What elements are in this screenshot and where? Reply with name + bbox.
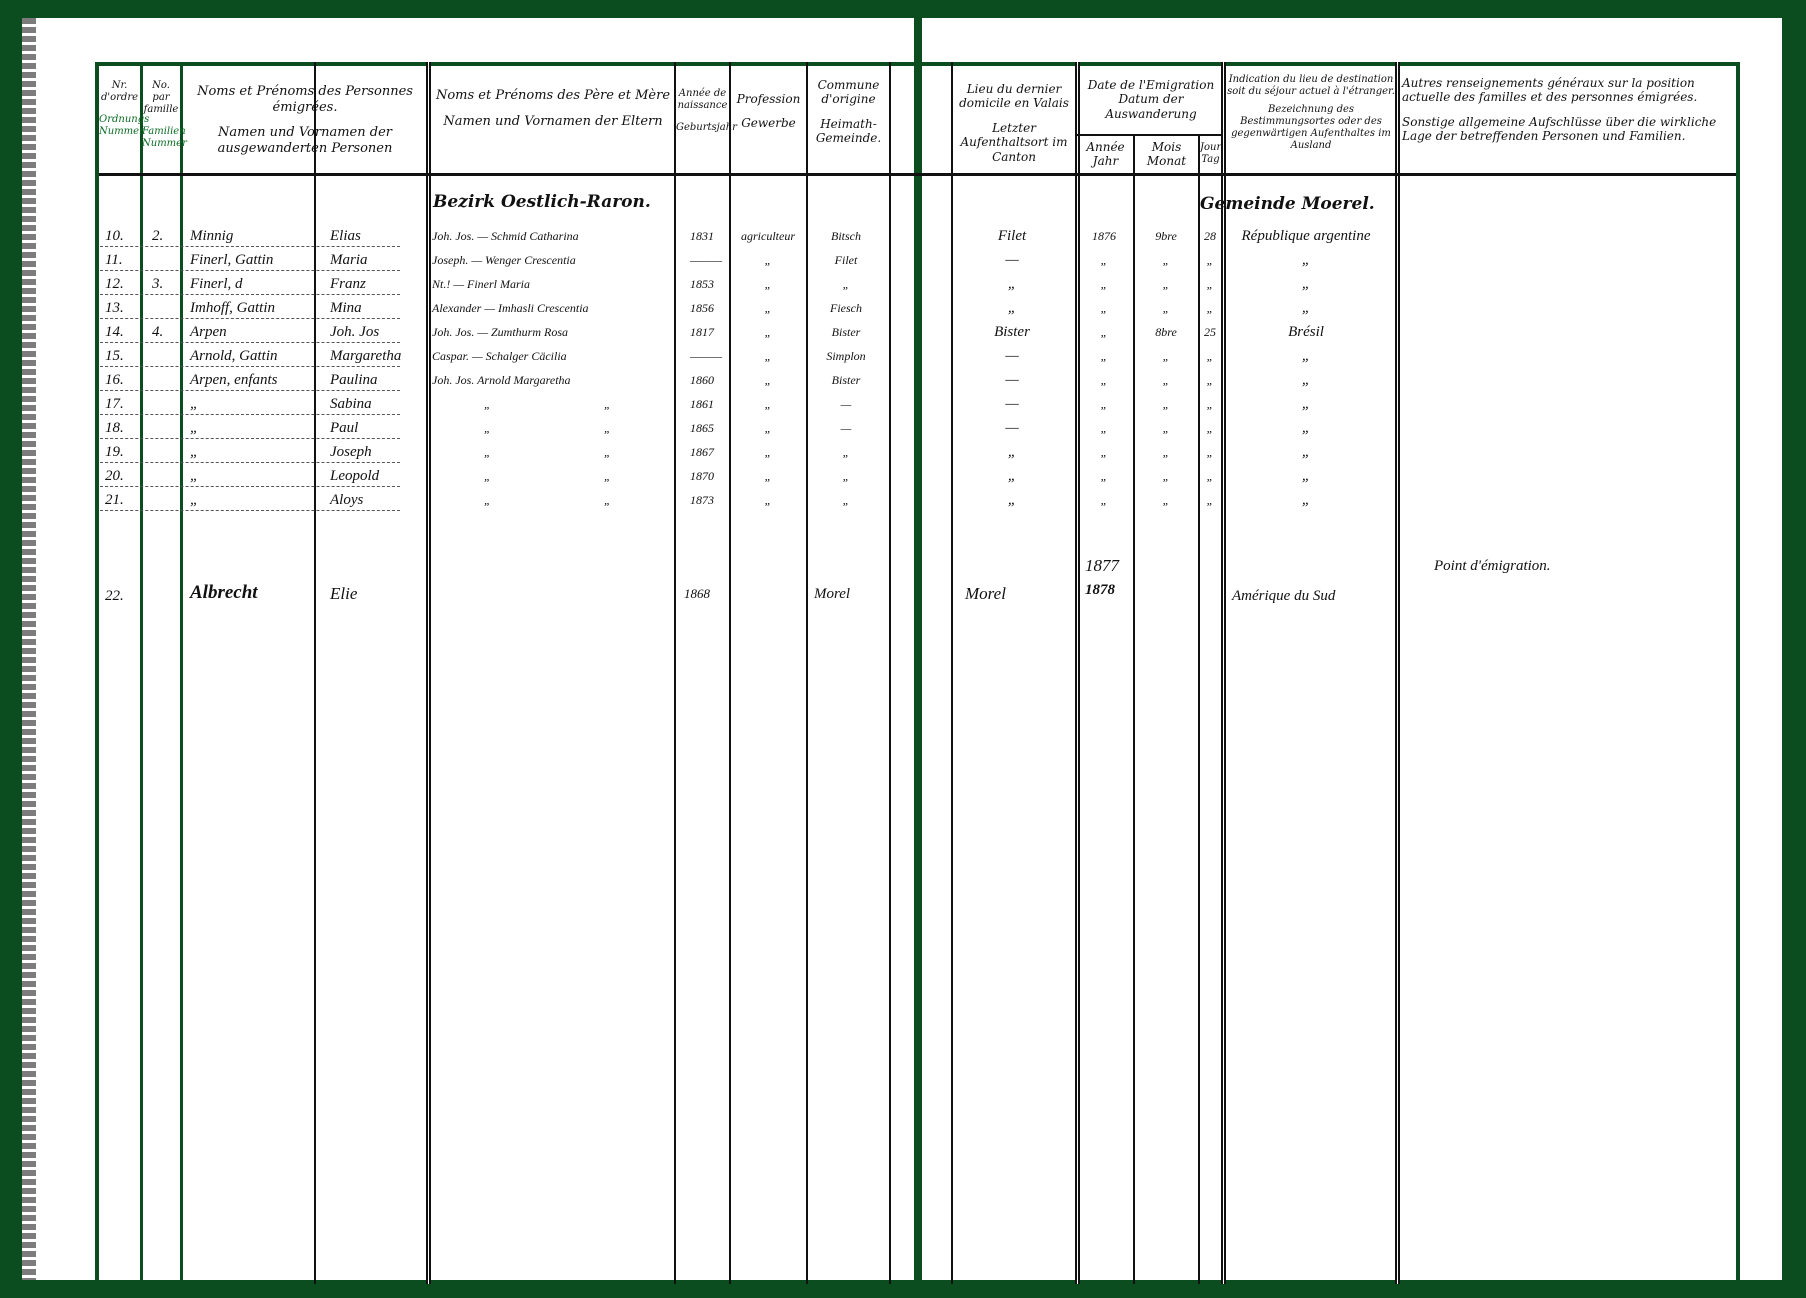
header-commune-origine: Commune d'origine Heimath-Gemeinde. bbox=[808, 78, 889, 146]
row-nr: 13. bbox=[105, 298, 124, 318]
row-given: Joseph bbox=[330, 442, 372, 462]
row-given: Margaretha bbox=[330, 346, 401, 366]
row-birth: 1867 bbox=[690, 442, 714, 462]
row-surname: Finerl, d bbox=[190, 274, 243, 294]
row-month: „ bbox=[1163, 466, 1170, 486]
row-year: „ bbox=[1101, 250, 1108, 270]
header-nr-famille: No. par famille Familien Nummer bbox=[142, 80, 180, 150]
row-day: „ bbox=[1207, 418, 1214, 438]
row-given: Sabina bbox=[330, 394, 372, 414]
row-surname: „ bbox=[190, 442, 198, 462]
row-month: „ bbox=[1163, 442, 1170, 462]
row-parents: Alexander — Imhasli Crescentia bbox=[432, 298, 589, 318]
row-given: Maria bbox=[330, 250, 368, 270]
row-parents: Caspar. — Schalger Cäcilia bbox=[432, 346, 567, 366]
row-profession: agriculteur bbox=[741, 226, 795, 246]
row-origin: — bbox=[841, 394, 852, 414]
row-month: „ bbox=[1163, 490, 1170, 510]
row-parents-right: „ bbox=[604, 394, 611, 414]
row-parents: Joh. Jos. Arnold Margaretha bbox=[432, 370, 571, 390]
row-day: „ bbox=[1207, 394, 1214, 414]
row-nr: 10. bbox=[105, 226, 124, 246]
row-month: „ bbox=[1163, 298, 1170, 318]
row-surname: Imhoff, Gattin bbox=[190, 298, 275, 318]
row-birth: ——— bbox=[690, 346, 722, 366]
row-birth: 1860 bbox=[690, 370, 714, 390]
row-given: Leopold bbox=[330, 466, 379, 486]
row-profession: „ bbox=[765, 250, 772, 270]
row-year: „ bbox=[1101, 298, 1108, 318]
row-year: „ bbox=[1101, 394, 1108, 414]
row-origin: „ bbox=[843, 442, 850, 462]
row-nr: 12. bbox=[105, 274, 124, 294]
row-origin: „ bbox=[843, 274, 850, 294]
row-day: „ bbox=[1207, 442, 1214, 462]
header-remarks: Autres renseignements généraux sur la po… bbox=[1402, 76, 1732, 144]
commune-title: Gemeinde Moerel. bbox=[1200, 194, 1375, 214]
row-nr: 14. bbox=[105, 322, 124, 342]
header-names-parents: Noms et Prénoms des Père et Mère Namen u… bbox=[432, 88, 674, 129]
row-month: „ bbox=[1163, 346, 1170, 366]
row-destination: „ bbox=[1302, 250, 1310, 270]
row22-remarks: Point d'émigration. bbox=[1434, 556, 1551, 576]
row-destination: „ bbox=[1302, 274, 1310, 294]
page-edge-shadow bbox=[22, 18, 36, 1280]
row-domicile: Bister bbox=[994, 322, 1030, 342]
row-destination: „ bbox=[1302, 442, 1310, 462]
row-day: „ bbox=[1207, 490, 1214, 510]
header-emigration-date: Date de l'Emigration Datum der Auswander… bbox=[1080, 78, 1222, 121]
row-origin: Bitsch bbox=[831, 226, 861, 246]
row-rule bbox=[100, 318, 400, 319]
col-divider-blank bbox=[889, 62, 891, 1284]
row22-origin: Morel bbox=[814, 584, 850, 604]
row-month: „ bbox=[1163, 274, 1170, 294]
row-origin: „ bbox=[843, 466, 850, 486]
header-year: Année Jahr bbox=[1078, 140, 1133, 169]
row-given: Franz bbox=[330, 274, 366, 294]
row-profession: „ bbox=[765, 370, 772, 390]
row-origin: Bister bbox=[832, 370, 861, 390]
row-profession: „ bbox=[765, 442, 772, 462]
row-origin: Fiesch bbox=[830, 298, 862, 318]
col-divider-birth bbox=[674, 62, 676, 1284]
row-surname: „ bbox=[190, 394, 198, 414]
row-given: Elias bbox=[330, 226, 361, 246]
header-nr-ordre: Nr. d'ordre Ordnungs Nummer bbox=[99, 80, 140, 138]
row-surname: Minnig bbox=[190, 226, 233, 246]
row22-given: Elie bbox=[330, 584, 357, 604]
row-destination: „ bbox=[1302, 466, 1310, 486]
row-domicile: Filet bbox=[998, 226, 1026, 246]
row-given: Aloys bbox=[330, 490, 363, 510]
header-month: Mois Monat bbox=[1135, 140, 1198, 169]
row-profession: „ bbox=[765, 274, 772, 294]
row-month: „ bbox=[1163, 418, 1170, 438]
row-birth: ——— bbox=[690, 250, 722, 270]
row-destination: Brésil bbox=[1288, 322, 1324, 342]
row-domicile: „ bbox=[1008, 298, 1016, 318]
row-domicile: „ bbox=[1008, 466, 1016, 486]
row-origin: Simplon bbox=[826, 346, 865, 366]
row-domicile: „ bbox=[1008, 442, 1016, 462]
row-destination: „ bbox=[1302, 346, 1310, 366]
row22-nr: 22. bbox=[105, 586, 124, 606]
book-fold bbox=[914, 18, 922, 1280]
row-destination: „ bbox=[1302, 418, 1310, 438]
date-subheader-rule bbox=[1077, 134, 1221, 136]
row-destination: „ bbox=[1302, 370, 1310, 390]
row-rule bbox=[100, 486, 400, 487]
row-profession: „ bbox=[765, 298, 772, 318]
district-title: Bezirk Oestlich-Raron. bbox=[433, 192, 651, 212]
row-year: „ bbox=[1101, 274, 1108, 294]
row-domicile: — bbox=[1005, 418, 1018, 438]
row-rule bbox=[100, 462, 400, 463]
row-nr: 11. bbox=[105, 250, 123, 270]
row-surname: „ bbox=[190, 490, 198, 510]
row-year: „ bbox=[1101, 418, 1108, 438]
header-bottom-rule bbox=[99, 173, 1736, 176]
row-year: 1876 bbox=[1092, 226, 1116, 246]
row-destination: „ bbox=[1302, 490, 1310, 510]
row-surname: Arpen bbox=[190, 322, 227, 342]
row-month: 9bre bbox=[1155, 226, 1177, 246]
row-fam: 3. bbox=[152, 274, 163, 294]
row-day: „ bbox=[1207, 346, 1214, 366]
row-destination: République argentine bbox=[1242, 226, 1371, 246]
header-profession: Profession Gewerbe bbox=[731, 92, 806, 131]
row-domicile: — bbox=[1005, 394, 1018, 414]
row-parents-right: „ bbox=[604, 466, 611, 486]
row-year: „ bbox=[1101, 346, 1108, 366]
col-divider-day bbox=[1198, 136, 1200, 1284]
row-nr: 16. bbox=[105, 370, 124, 390]
row-day: „ bbox=[1207, 274, 1214, 294]
row-day: „ bbox=[1207, 466, 1214, 486]
row-origin: „ bbox=[843, 490, 850, 510]
row-domicile: „ bbox=[1008, 490, 1016, 510]
row-year: „ bbox=[1101, 490, 1108, 510]
row-domicile: — bbox=[1005, 370, 1018, 390]
row-month: „ bbox=[1163, 394, 1170, 414]
row-profession: „ bbox=[765, 322, 772, 342]
row22-birth: 1868 bbox=[684, 584, 710, 604]
row-birth: 1873 bbox=[690, 490, 714, 510]
row-month: 8bre bbox=[1155, 322, 1177, 342]
row-day: 25 bbox=[1204, 322, 1216, 342]
row-rule bbox=[100, 294, 400, 295]
row-parents-right: „ bbox=[604, 490, 611, 510]
col-divider-remarks bbox=[1395, 62, 1400, 1284]
col-divider-parents bbox=[426, 62, 431, 1284]
row-domicile: „ bbox=[1008, 274, 1016, 294]
header-names-emigrants: Noms et Prénoms des Personnes émigrées. … bbox=[184, 84, 426, 156]
row-rule bbox=[100, 270, 400, 271]
row-origin: Filet bbox=[835, 250, 858, 270]
row-parents-left: „ bbox=[484, 418, 491, 438]
row-nr: 21. bbox=[105, 490, 124, 510]
row-given: Mina bbox=[330, 298, 362, 318]
row-parents-right: „ bbox=[604, 442, 611, 462]
row-profession: „ bbox=[765, 490, 772, 510]
row-birth: 1856 bbox=[690, 298, 714, 318]
row-profession: „ bbox=[765, 346, 772, 366]
row-year: „ bbox=[1101, 466, 1108, 486]
col-divider-domicile bbox=[951, 62, 953, 1284]
col-divider-month bbox=[1133, 136, 1135, 1284]
row-rule bbox=[100, 414, 400, 415]
row-destination: „ bbox=[1302, 298, 1310, 318]
row-birth: 1870 bbox=[690, 466, 714, 486]
row22-surname: Albrecht bbox=[190, 583, 258, 603]
row22-destination: Amérique du Sud bbox=[1232, 586, 1335, 606]
header-destination: Indication du lieu de destination soit d… bbox=[1227, 74, 1395, 152]
row-birth: 1831 bbox=[690, 226, 714, 246]
row-day: „ bbox=[1207, 370, 1214, 390]
row-parents-right: „ bbox=[604, 418, 611, 438]
row-day: „ bbox=[1207, 298, 1214, 318]
row-day: „ bbox=[1207, 250, 1214, 270]
header-birth-year: Année de naissance Geburtsjahr bbox=[676, 88, 729, 134]
header-day: Jour Tag bbox=[1200, 142, 1221, 166]
col-divider-date bbox=[1075, 62, 1080, 1284]
row-origin: — bbox=[841, 418, 852, 438]
row-nr: 20. bbox=[105, 466, 124, 486]
row-domicile: — bbox=[1005, 250, 1018, 270]
row-birth: 1817 bbox=[690, 322, 714, 342]
row-year: „ bbox=[1101, 322, 1108, 342]
row-profession: „ bbox=[765, 394, 772, 414]
row-nr: 19. bbox=[105, 442, 124, 462]
row-parents: Nt.! — Finerl Maria bbox=[432, 274, 530, 294]
row-year: „ bbox=[1101, 370, 1108, 390]
row-origin: Bister bbox=[832, 322, 861, 342]
row-rule bbox=[100, 390, 400, 391]
row22-year: 1878 bbox=[1085, 580, 1115, 600]
row-rule bbox=[100, 510, 400, 511]
row-nr: 17. bbox=[105, 394, 124, 414]
row-rule bbox=[100, 366, 400, 367]
row-parents-left: „ bbox=[484, 466, 491, 486]
row-nr: 15. bbox=[105, 346, 124, 366]
col-divider-origin bbox=[806, 62, 808, 1284]
row-birth: 1861 bbox=[690, 394, 714, 414]
row-profession: „ bbox=[765, 418, 772, 438]
row-surname: „ bbox=[190, 466, 198, 486]
row-surname: Arpen, enfants bbox=[190, 370, 278, 390]
row-parents-left: „ bbox=[484, 442, 491, 462]
row-fam: 2. bbox=[152, 226, 163, 246]
header-last-domicile: Lieu du dernier domicile en Valais Letzt… bbox=[953, 82, 1075, 164]
col-divider-profession bbox=[729, 62, 731, 1284]
row-given: Paul bbox=[330, 418, 358, 438]
row22-year-top: 1877 bbox=[1085, 556, 1119, 576]
row-fam: 4. bbox=[152, 322, 163, 342]
row-birth: 1853 bbox=[690, 274, 714, 294]
row-parents: Joh. Jos. — Zumthurm Rosa bbox=[432, 322, 568, 342]
row-parents: Joh. Jos. — Schmid Catharina bbox=[432, 226, 579, 246]
row22-domicile: Morel bbox=[965, 584, 1006, 604]
row-surname: Finerl, Gattin bbox=[190, 250, 273, 270]
col-divider-destination bbox=[1221, 62, 1226, 1284]
row-surname: Arnold, Gattin bbox=[190, 346, 278, 366]
row-rule bbox=[100, 342, 400, 343]
row-year: „ bbox=[1101, 442, 1108, 462]
row-parents-left: „ bbox=[484, 490, 491, 510]
row-rule bbox=[100, 246, 400, 247]
row-profession: „ bbox=[765, 466, 772, 486]
row-given: Paulina bbox=[330, 370, 378, 390]
row-destination: „ bbox=[1302, 394, 1310, 414]
row-parents: Joseph. — Wenger Crescentia bbox=[432, 250, 576, 270]
row-day: 28 bbox=[1204, 226, 1216, 246]
row-parents-left: „ bbox=[484, 394, 491, 414]
row-month: „ bbox=[1163, 370, 1170, 390]
row-rule bbox=[100, 438, 400, 439]
row-birth: 1865 bbox=[690, 418, 714, 438]
row-surname: „ bbox=[190, 418, 198, 438]
row-given: Joh. Jos bbox=[330, 322, 379, 342]
row-domicile: — bbox=[1005, 346, 1018, 366]
row-nr: 18. bbox=[105, 418, 124, 438]
row-month: „ bbox=[1163, 250, 1170, 270]
